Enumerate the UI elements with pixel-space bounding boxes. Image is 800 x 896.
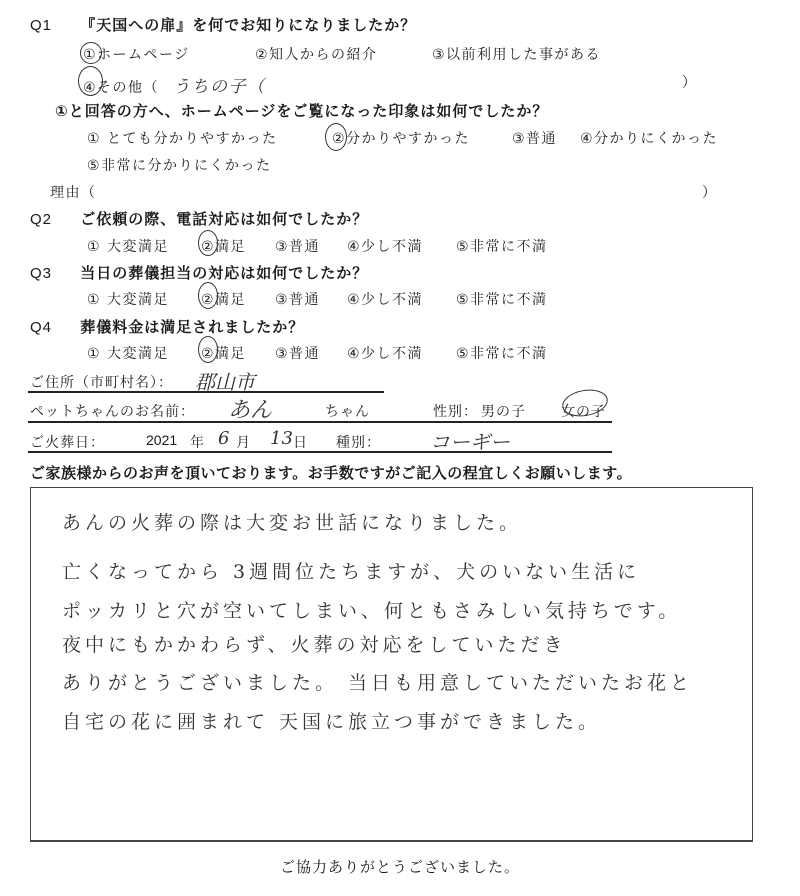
q1-row: Q1 『天国への扉』を何でお知りになりましたか？: [30, 14, 416, 35]
q1-question: 『天国への扉』を何でお知りになりましたか？: [80, 16, 416, 34]
breed-label: 種別：: [336, 432, 381, 452]
month-unit: 月: [236, 432, 251, 452]
q2-option-1[interactable]: ① 大変満足: [87, 236, 169, 256]
q3-option-3[interactable]: ③普通: [275, 289, 320, 309]
q2-option-4[interactable]: ④少し不満: [347, 236, 423, 256]
address-underline: [28, 391, 384, 393]
selection-circle-mark: [198, 230, 218, 256]
pet-name-suffix: ちゃん: [325, 401, 370, 421]
q3-question: 当日の葬儀担当の対応は如何でしたか？: [80, 264, 368, 282]
q4-option-1[interactable]: ① 大変満足: [87, 343, 169, 363]
q2-question: ご依頼の際、電話対応は如何でしたか？: [80, 210, 368, 228]
q1-number: Q1: [30, 17, 52, 34]
q2-number: Q2: [30, 211, 52, 228]
comment-line-2: 亡くなってから 3週間位たちますが、犬のいない生活に: [62, 557, 640, 584]
q2-row: Q2 ご依頼の際、電話対応は如何でしたか？: [30, 208, 368, 229]
gender-label: 性別：: [433, 401, 478, 421]
pet-name-label: ペットちゃんのお名前：: [30, 401, 195, 421]
q4-number: Q4: [30, 319, 52, 336]
selection-circle-mark: [80, 42, 102, 64]
q2-option-5[interactable]: ⑤非常に不満: [456, 236, 548, 256]
q1-other-close: ）: [682, 72, 698, 92]
q1-sub-option-2[interactable]: ②分かりやすかった: [332, 128, 470, 148]
q4-option-4[interactable]: ④少し不満: [347, 343, 423, 363]
selection-circle-mark: [198, 282, 218, 309]
selection-circle-mark: [78, 66, 103, 96]
address-label: ご住所（市町村名）：: [30, 372, 173, 392]
comment-line-4: 夜中にもかかわらず、火葬の対応をしていただき: [62, 630, 566, 657]
year-unit: 年: [190, 432, 205, 452]
q3-row: Q3 当日の葬儀担当の対応は如何でしたか？: [30, 262, 368, 283]
q3-number: Q3: [30, 265, 52, 282]
q3-option-1[interactable]: ① 大変満足: [87, 289, 169, 309]
comments-prompt: ご家族様からのお声を頂いております。お手数ですがご記入の程宜しくお願いします。: [30, 462, 632, 483]
gender-option-male[interactable]: 男の子: [481, 401, 526, 421]
q1-reason-label: 理由（: [50, 182, 97, 202]
selection-circle-mark: [325, 123, 347, 151]
day-unit: 日: [293, 432, 308, 452]
selection-circle-mark: [198, 336, 218, 363]
q1-other-answer[interactable]: うちの子（: [173, 77, 266, 97]
comment-line-5: ありがとうございました。 当日も用意していただいたお花と: [62, 668, 693, 695]
cremation-year[interactable]: 2021: [146, 432, 177, 448]
comment-line-1: あんの火葬の際は大変お世話になりました。: [62, 508, 522, 535]
cremation-day[interactable]: 13: [270, 428, 293, 449]
q1-reason-input[interactable]: [110, 180, 690, 202]
q1-sub-option-5[interactable]: ⑤非常に分かりにくかった: [87, 155, 272, 175]
comment-line-3: ポッカリと穴が空いてしまい、何ともさみしい気持ちです。: [62, 596, 681, 623]
comment-line-6: 自宅の花に囲まれて 天国に旅立つ事ができました。: [62, 707, 601, 734]
q1-option-2[interactable]: ②知人からの紹介: [255, 44, 378, 64]
pet-name-field[interactable]: あん: [228, 393, 272, 424]
q1-sub-option-4[interactable]: ④分かりにくかった: [580, 128, 718, 148]
q1-sub-option-1[interactable]: ① とても分かりやすかった: [87, 128, 278, 148]
footer-thanks: ご協力ありがとうございました。: [0, 856, 800, 877]
comments-box[interactable]: [30, 487, 753, 842]
cremation-month[interactable]: 6: [218, 428, 229, 449]
cremation-date-label: ご火葬日：: [30, 432, 105, 452]
q2-option-3[interactable]: ③普通: [275, 236, 320, 256]
q1-reason-close: ）: [702, 182, 718, 202]
q4-question: 葬儀料金は満足されましたか？: [80, 318, 304, 336]
q4-option-5[interactable]: ⑤非常に不満: [456, 343, 548, 363]
q4-option-3[interactable]: ③普通: [275, 343, 320, 363]
q3-option-4[interactable]: ④少し不満: [347, 289, 423, 309]
q1-sub-question: ①と回答の方へ、ホームページをご覧になった印象は如何でしたか？: [55, 100, 548, 121]
q1-option-3[interactable]: ③以前利用した事がある: [432, 44, 601, 64]
q3-option-5[interactable]: ⑤非常に不満: [456, 289, 548, 309]
q1-sub-option-3[interactable]: ③普通: [512, 128, 557, 148]
cremation-underline: [28, 451, 612, 453]
pet-name-underline: [28, 421, 612, 423]
q4-row: Q4 葬儀料金は満足されましたか？: [30, 316, 304, 337]
q1-option-4[interactable]: ④その他（ うちの子（: [83, 72, 266, 97]
